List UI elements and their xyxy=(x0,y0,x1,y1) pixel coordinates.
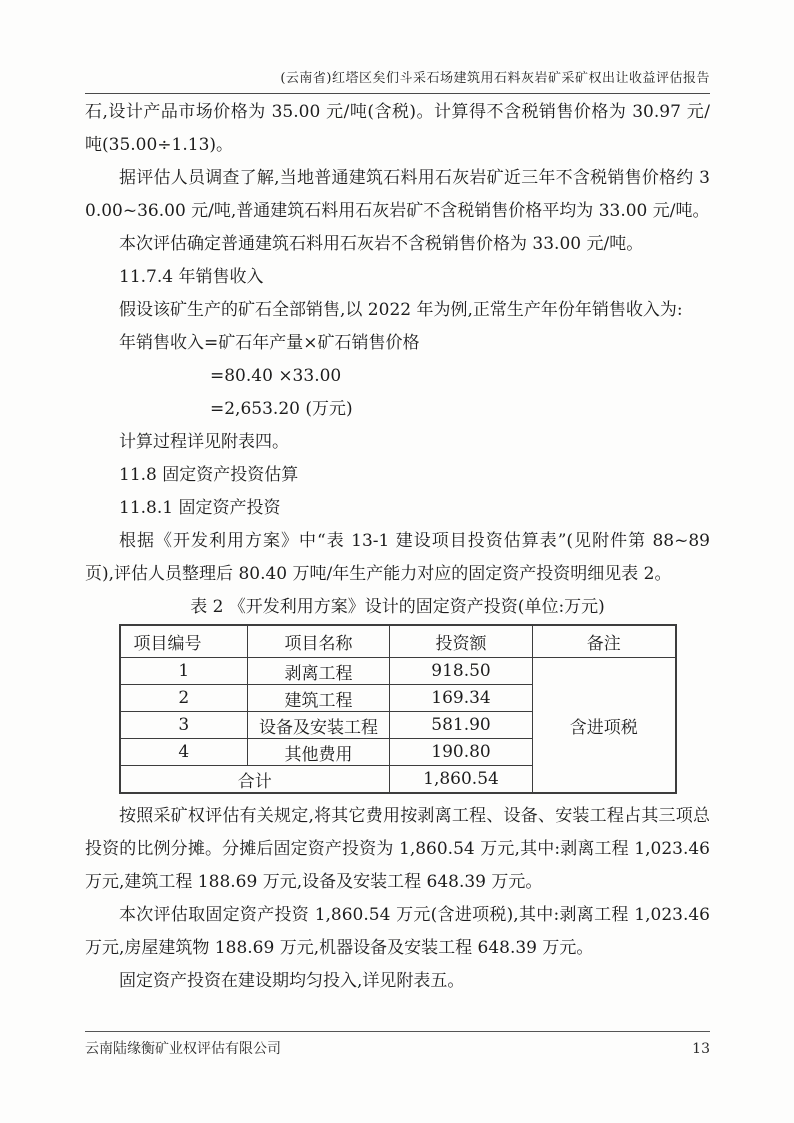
paragraph: 本次评估确定普通建筑石料用石灰岩不含税销售价格为 33.00 元/吨。 xyxy=(85,228,710,261)
paragraph: 石,设计产品市场价格为 35.00 元/吨(含税)。计算得不含税销售价格为 30… xyxy=(85,96,710,162)
paragraph: 本次评估取固定资产投资 1,860.54 万元(含进项税),其中:剥离工程 1,… xyxy=(85,899,710,965)
cell-amount: 169.34 xyxy=(390,685,533,712)
cell-total-value: 1,860.54 xyxy=(390,766,533,794)
cell-amount: 581.90 xyxy=(390,712,533,739)
paragraph: 固定资产投资在建设期均匀投入,详见附表五。 xyxy=(85,965,710,998)
page-content: (云南省)红塔区矣们斗采石场建筑用石料灰岩矿采矿权出让收益评估报告 石,设计产品… xyxy=(85,70,710,998)
cell-item-name: 剥离工程 xyxy=(248,658,390,685)
paragraph: 据评估人员调查了解,当地普通建筑石料用石灰岩矿近三年不含税销售价格约 30.00… xyxy=(85,162,710,228)
body-text-after-table: 按照采矿权评估有关规定,将其它费用按剥离工程、设备、安装工程占其三项总投资的比例… xyxy=(85,800,710,998)
paragraph: 按照采矿权评估有关规定,将其它费用按剥离工程、设备、安装工程占其三项总投资的比例… xyxy=(85,800,710,899)
section-heading-11-8: 11.8 固定资产投资估算 xyxy=(85,459,710,492)
formula-line: =2,653.20 (万元) xyxy=(210,393,710,426)
cell-item-no: 3 xyxy=(120,712,248,739)
table-header-row: 项目编号 项目名称 投资额 备注 xyxy=(120,625,676,658)
formula-line: =80.40 ×33.00 xyxy=(210,360,710,393)
cell-item-no: 2 xyxy=(120,685,248,712)
fixed-asset-investment-table: 项目编号 项目名称 投资额 备注 1 剥离工程 918.50 含进项税 2 建筑… xyxy=(119,624,677,794)
report-page: (云南省)红塔区矣们斗采石场建筑用石料灰岩矿采矿权出让收益评估报告 石,设计产品… xyxy=(0,0,794,1123)
cell-item-name: 其他费用 xyxy=(248,739,390,766)
cell-item-no: 1 xyxy=(120,658,248,685)
section-heading-11-8-1: 11.8.1 固定资产投资 xyxy=(85,492,710,525)
formula-line: 年销售收入=矿石年产量×矿石销售价格 xyxy=(85,327,710,360)
table-row: 1 剥离工程 918.50 含进项税 xyxy=(120,658,676,685)
paragraph: 计算过程详见附表四。 xyxy=(85,426,710,459)
cell-note: 含进项税 xyxy=(533,658,676,794)
section-heading-11-7-4: 11.7.4 年销售收入 xyxy=(85,261,710,294)
paragraph: 根据《开发利用方案》中“表 13-1 建设项目投资估算表”(见附件第 88~89… xyxy=(85,525,710,591)
col-header-item-no: 项目编号 xyxy=(120,625,248,658)
col-header-amount: 投资额 xyxy=(390,625,533,658)
cell-amount: 918.50 xyxy=(390,658,533,685)
cell-item-name: 设备及安装工程 xyxy=(248,712,390,739)
page-footer: 云南陆缘衡矿业权评估有限公司 13 xyxy=(85,1031,710,1058)
cell-total-label: 合计 xyxy=(120,766,390,794)
cell-item-no: 4 xyxy=(120,739,248,766)
cell-amount: 190.80 xyxy=(390,739,533,766)
table-caption: 表 2 《开发利用方案》设计的固定资产投资(单位:万元) xyxy=(85,591,710,624)
col-header-note: 备注 xyxy=(533,625,676,658)
body-text: 石,设计产品市场价格为 35.00 元/吨(含税)。计算得不含税销售价格为 30… xyxy=(85,94,710,591)
footer-company-name: 云南陆缘衡矿业权评估有限公司 xyxy=(85,1038,281,1058)
paragraph: 假设该矿生产的矿石全部销售,以 2022 年为例,正常生产年份年销售收入为: xyxy=(85,294,710,327)
page-header-title: (云南省)红塔区矣们斗采石场建筑用石料灰岩矿采矿权出让收益评估报告 xyxy=(85,70,710,94)
col-header-item-name: 项目名称 xyxy=(248,625,390,658)
cell-item-name: 建筑工程 xyxy=(248,685,390,712)
footer-page-number: 13 xyxy=(692,1041,710,1057)
